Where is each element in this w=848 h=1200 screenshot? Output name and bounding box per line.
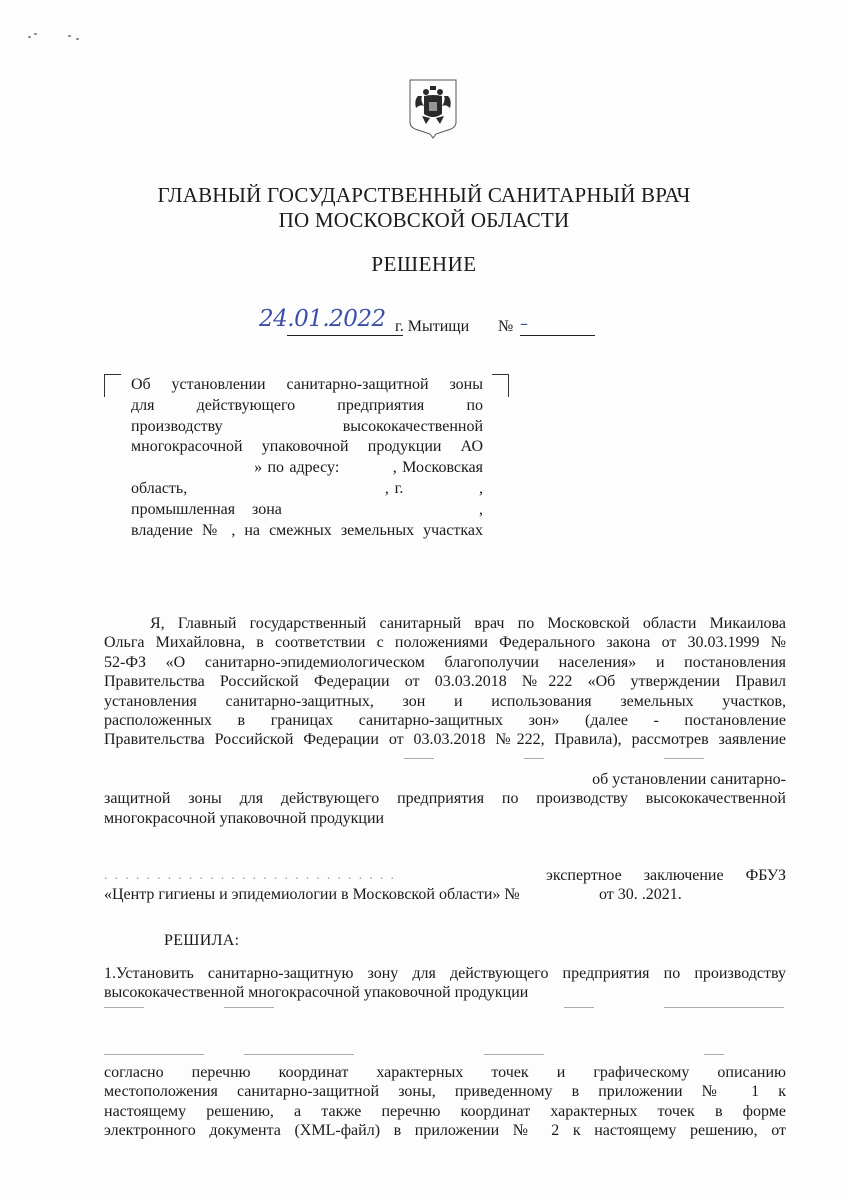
expert-line-text: экспертное заключение ФБУЗ: [546, 866, 786, 885]
redacted-line: [104, 1050, 786, 1060]
preamble-line: расположенных в границах санитарно-защит…: [104, 711, 786, 730]
date-city-number-line: 24.01.2022 г. Мытищи № –: [255, 306, 655, 340]
document-kind-heading: РЕШЕНИЕ: [0, 252, 848, 277]
handwritten-number: –: [520, 314, 528, 333]
authority-title: ГЛАВНЫЙ ГОСУДАРСТВЕННЫЙ САНИТАРНЫЙ ВРАЧ …: [0, 183, 848, 233]
city-label: г. Мытищи: [395, 318, 469, 336]
preamble-tail-paragraph: об установлении санитарно- защитной зоны…: [104, 770, 786, 828]
subject-line: Об установлении санитарно-защитной зоны: [131, 375, 483, 396]
scan-specks: [28, 30, 88, 50]
handwritten-date: 24.01.2022: [259, 306, 386, 332]
number-label: №: [498, 318, 513, 336]
preamble-line: Правительства Российской Федерации от 03…: [104, 730, 786, 749]
preamble-line: 52-ФЗ «О санитарно-эпидемиологическом бл…: [104, 653, 786, 672]
preamble-line: Ольга Михайловна, в соответствии с полож…: [104, 633, 786, 652]
scan-speck: [76, 38, 79, 40]
expert-line-2: «Центр гигиены и эпидемиологии в Московс…: [104, 885, 786, 904]
preamble-tail-line: об установлении санитарно-: [104, 770, 786, 789]
redacted-line-block: [104, 1050, 786, 1060]
scan-speck: [28, 36, 31, 38]
decision-item-1-continuation: согласно перечню координат характерных т…: [104, 1063, 786, 1141]
subject-bracket-left: [104, 374, 121, 397]
decision-item-line: настоящему решению, а также перечню коор…: [104, 1102, 786, 1121]
scan-speck: [68, 35, 71, 37]
subject-line: область, , г. ,: [131, 479, 483, 500]
subject-line: многокрасочной упаковочной продукции АО: [131, 437, 483, 458]
decision-item-line: согласно перечню координат характерных т…: [104, 1063, 786, 1082]
preamble-tail-line: многокрасочной упаковочной продукции: [104, 809, 786, 828]
document-page: ГЛАВНЫЙ ГОСУДАРСТВЕННЫЙ САНИТАРНЫЙ ВРАЧ …: [0, 0, 848, 1200]
subject-line: промышленная зона ,: [131, 500, 483, 521]
resolved-heading: РЕШИЛА:: [164, 932, 239, 950]
preamble-paragraph: Я, Главный государственный санитарный вр…: [104, 614, 786, 769]
subject-line: » по адресу: , Московская: [131, 458, 483, 479]
expert-date: от 30. .2021.: [599, 885, 682, 904]
scan-speck: [34, 33, 37, 35]
date-underline: [287, 335, 403, 336]
subject-line: производству высококачественной: [131, 417, 483, 438]
decision-item-line: 1.Установить санитарно-защитную зону для…: [104, 964, 786, 983]
subject-line: для действующего предприятия по: [131, 396, 483, 417]
expert-line-1: . . . . . . . . . . . . . . . . . . . . …: [104, 866, 786, 885]
expert-center-name: «Центр гигиены и эпидемиологии в Московс…: [104, 886, 520, 903]
authority-title-line-1: ГЛАВНЫЙ ГОСУДАРСТВЕННЫЙ САНИТАРНЫЙ ВРАЧ: [0, 183, 848, 208]
redacted-line: [104, 1003, 786, 1022]
decision-item-line: электронного документа (XML-файл) в прил…: [104, 1121, 786, 1140]
authority-title-line-2: ПО МОСКОВСКОЙ ОБЛАСТИ: [0, 208, 848, 233]
coat-of-arms-icon: [408, 78, 458, 140]
decision-item-line: местоположения санитарно-защитной зоны, …: [104, 1082, 786, 1101]
decision-item-1: 1.Установить санитарно-защитную зону для…: [104, 964, 786, 1022]
subject-line: владение № , на смежных земельных участк…: [131, 521, 483, 542]
preamble-line: Я, Главный государственный санитарный вр…: [104, 614, 786, 633]
subject-bracket-right: [492, 374, 509, 397]
preamble-line: установления санитарно-защитных, зон и и…: [104, 692, 786, 711]
subject-block: Об установлении санитарно-защитной зоны …: [131, 375, 483, 541]
preamble-tail-line: защитной зоны для действующего предприят…: [104, 789, 786, 808]
redacted-fragment: . . . . . . . . . . . . . . . . . . . . …: [104, 866, 394, 885]
decision-item-line: высококачественной многокрасочной упаков…: [104, 983, 786, 1002]
preamble-line: Правительства Российской Федерации от 03…: [104, 672, 786, 691]
expert-opinion-paragraph: . . . . . . . . . . . . . . . . . . . . …: [104, 866, 786, 905]
redacted-line: [104, 750, 786, 769]
number-underline: [520, 335, 595, 336]
